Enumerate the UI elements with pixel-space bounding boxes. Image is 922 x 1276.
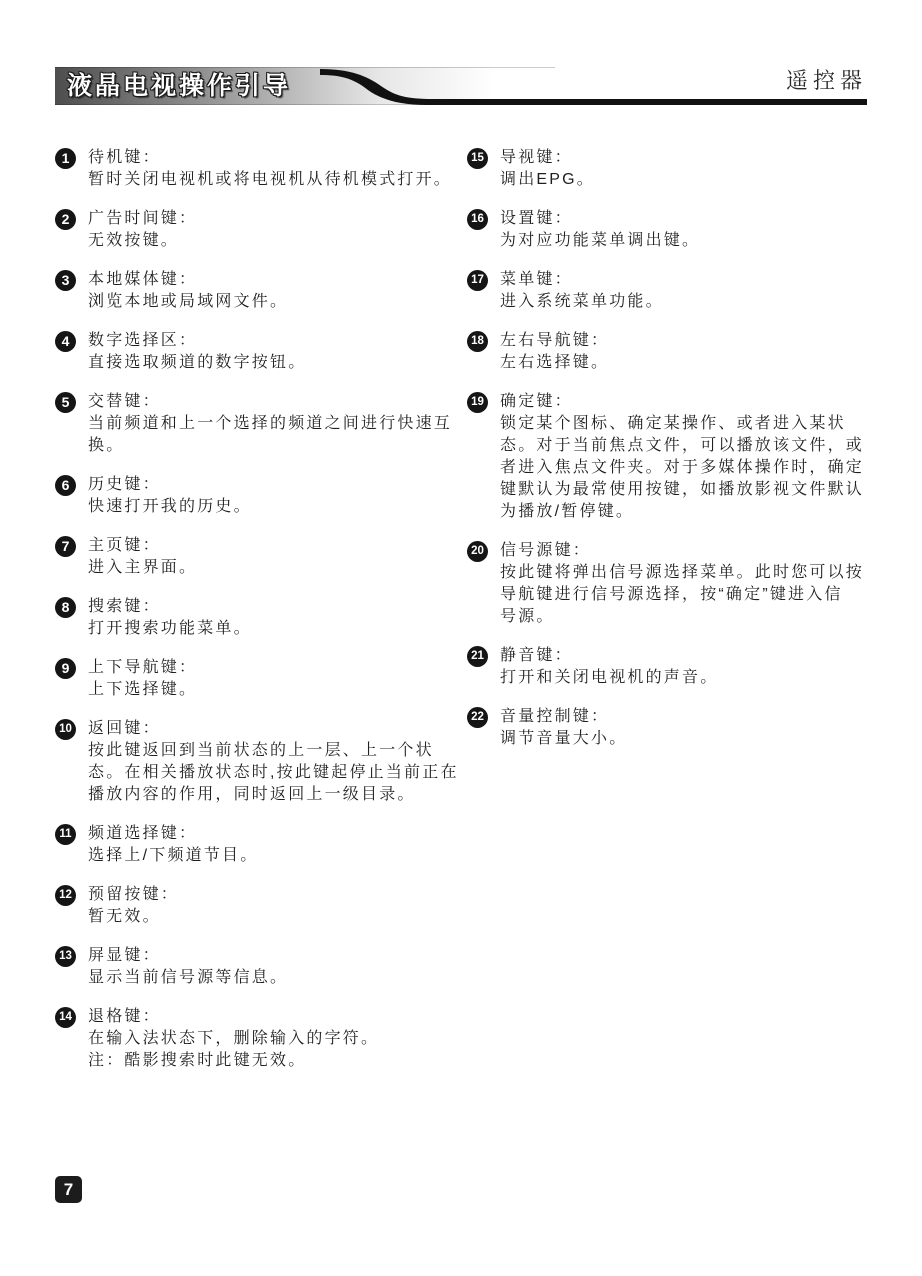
item-title: 屏显键： <box>88 945 461 967</box>
list-item: 4 数字选择区：直接选取频道的数字按钮。 <box>55 330 461 374</box>
list-item: 10 返回键：按此键返回到当前状态的上一层、上一个状 态。在相关播放状态时,按此… <box>55 718 461 806</box>
item-title: 历史键： <box>88 474 461 496</box>
item-title: 数字选择区： <box>88 330 461 352</box>
item-title: 预留按键： <box>88 884 461 906</box>
item-number-badge: 17 <box>467 270 488 291</box>
item-number-badge: 3 <box>55 270 76 291</box>
item-description: 调出EPG。 <box>500 169 887 191</box>
item-description: 打开搜索功能菜单。 <box>88 618 461 640</box>
item-description: 暂时关闭电视机或将电视机从待机模式打开。 <box>88 169 461 191</box>
item-title: 确定键： <box>500 391 887 413</box>
list-item: 1 待机键：暂时关闭电视机或将电视机从待机模式打开。 <box>55 147 461 191</box>
list-item: 13 屏显键：显示当前信号源等信息。 <box>55 945 461 989</box>
list-item: 19 确定键：锁定某个图标、确定某操作、或者进入某状 态。对于当前焦点文件，可以… <box>467 391 887 523</box>
item-title: 上下导航键： <box>88 657 461 679</box>
item-title: 设置键： <box>500 208 887 230</box>
item-description: 选择上/下频道节目。 <box>88 845 461 867</box>
item-title: 搜索键： <box>88 596 461 618</box>
item-title: 信号源键： <box>500 540 887 562</box>
item-number-badge: 9 <box>55 658 76 679</box>
items-column-left: 1 待机键：暂时关闭电视机或将电视机从待机模式打开。 2 广告时间键：无效按键。… <box>55 147 461 1089</box>
section-label: 遥控器 <box>640 64 867 95</box>
list-item: 3 本地媒体键：浏览本地或局域网文件。 <box>55 269 461 313</box>
item-title: 静音键： <box>500 645 887 667</box>
item-description: 按此键将弹出信号源选择菜单。此时您可以按 导航键进行信号源选择，按“确定”键进入… <box>500 562 887 628</box>
list-item: 20 信号源键：按此键将弹出信号源选择菜单。此时您可以按 导航键进行信号源选择，… <box>467 540 887 628</box>
item-title: 本地媒体键： <box>88 269 461 291</box>
item-description: 上下选择键。 <box>88 679 461 701</box>
item-title: 交替键： <box>88 391 461 413</box>
list-item: 7 主页键：进入主界面。 <box>55 535 461 579</box>
item-title: 待机键： <box>88 147 461 169</box>
list-item: 5 交替键：当前频道和上一个选择的频道之间进行快速互 换。 <box>55 391 461 457</box>
item-number-badge: 12 <box>55 885 76 906</box>
list-item: 15 导视键：调出EPG。 <box>467 147 887 191</box>
page-number-badge: 7 <box>55 1176 82 1203</box>
item-number-badge: 8 <box>55 597 76 618</box>
item-description: 为对应功能菜单调出键。 <box>500 230 887 252</box>
item-description: 进入系统菜单功能。 <box>500 291 887 313</box>
item-number-badge: 2 <box>55 209 76 230</box>
list-item: 21 静音键：打开和关闭电视机的声音。 <box>467 645 887 689</box>
item-number-badge: 15 <box>467 148 488 169</box>
item-description: 浏览本地或局域网文件。 <box>88 291 461 313</box>
item-number-badge: 10 <box>55 719 76 740</box>
list-item: 2 广告时间键：无效按键。 <box>55 208 461 252</box>
item-description: 当前频道和上一个选择的频道之间进行快速互 换。 <box>88 413 461 457</box>
item-description: 按此键返回到当前状态的上一层、上一个状 态。在相关播放状态时,按此键起停止当前正… <box>88 740 461 806</box>
list-item: 18 左右导航键：左右选择键。 <box>467 330 887 374</box>
list-item: 9 上下导航键：上下选择键。 <box>55 657 461 701</box>
item-title: 菜单键： <box>500 269 887 291</box>
item-description: 在输入法状态下，删除输入的字符。 注：酷影搜索时此键无效。 <box>88 1028 461 1072</box>
item-title: 主页键： <box>88 535 461 557</box>
list-item: 16 设置键：为对应功能菜单调出键。 <box>467 208 887 252</box>
item-title: 导视键： <box>500 147 887 169</box>
item-number-badge: 18 <box>467 331 488 352</box>
item-title: 左右导航键： <box>500 330 887 352</box>
item-number-badge: 6 <box>55 475 76 496</box>
list-item: 22 音量控制键：调节音量大小。 <box>467 706 887 750</box>
item-title: 返回键： <box>88 718 461 740</box>
item-description: 锁定某个图标、确定某操作、或者进入某状 态。对于当前焦点文件，可以播放该文件，或… <box>500 413 887 523</box>
item-description: 调节音量大小。 <box>500 728 887 750</box>
list-item: 8 搜索键：打开搜索功能菜单。 <box>55 596 461 640</box>
item-description: 直接选取频道的数字按钮。 <box>88 352 461 374</box>
list-item: 6 历史键：快速打开我的历史。 <box>55 474 461 518</box>
item-title: 频道选择键： <box>88 823 461 845</box>
item-description: 打开和关闭电视机的声音。 <box>500 667 887 689</box>
item-number-badge: 5 <box>55 392 76 413</box>
item-description: 显示当前信号源等信息。 <box>88 967 461 989</box>
items-column-right: 15 导视键：调出EPG。 16 设置键：为对应功能菜单调出键。 17 菜单键：… <box>467 147 887 767</box>
list-item: 11 频道选择键：选择上/下频道节目。 <box>55 823 461 867</box>
item-description: 进入主界面。 <box>88 557 461 579</box>
item-description: 暂无效。 <box>88 906 461 928</box>
item-description: 无效按键。 <box>88 230 461 252</box>
list-item: 17 菜单键：进入系统菜单功能。 <box>467 269 887 313</box>
item-title: 音量控制键： <box>500 706 887 728</box>
item-title: 广告时间键： <box>88 208 461 230</box>
item-description: 左右选择键。 <box>500 352 887 374</box>
item-number-badge: 16 <box>467 209 488 230</box>
item-number-badge: 7 <box>55 536 76 557</box>
item-number-badge: 1 <box>55 148 76 169</box>
item-number-badge: 19 <box>467 392 488 413</box>
list-item: 14 退格键：在输入法状态下，删除输入的字符。 注：酷影搜索时此键无效。 <box>55 1006 461 1072</box>
item-description: 快速打开我的历史。 <box>88 496 461 518</box>
item-number-badge: 4 <box>55 331 76 352</box>
item-number-badge: 21 <box>467 646 488 667</box>
item-number-badge: 14 <box>55 1007 76 1028</box>
list-item: 12 预留按键：暂无效。 <box>55 884 461 928</box>
item-number-badge: 11 <box>55 824 76 845</box>
item-number-badge: 13 <box>55 946 76 967</box>
item-number-badge: 22 <box>467 707 488 728</box>
item-number-badge: 20 <box>467 541 488 562</box>
item-title: 退格键： <box>88 1006 461 1028</box>
page-title: 液晶电视操作引导 <box>67 67 291 105</box>
